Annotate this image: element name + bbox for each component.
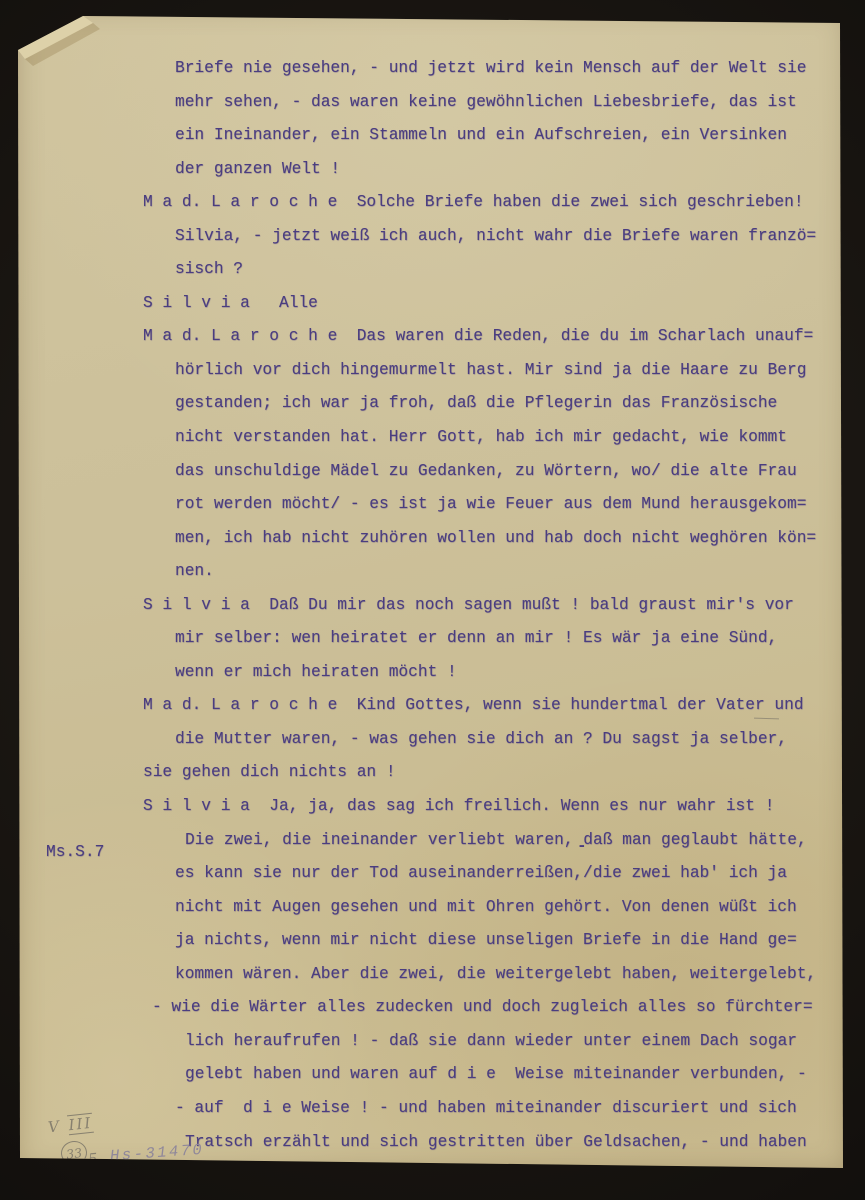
typescript-line: nicht mit Augen gesehen und mit Ohren ge… — [175, 891, 846, 925]
typescript-line: ein Ineinander, ein Stammeln und ein Auf… — [175, 119, 846, 153]
typescript-line: men, ich hab nicht zuhören wollen und ha… — [175, 522, 846, 556]
typescript-line: Silvia, - jetzt weiß ich auch, nicht wah… — [175, 220, 846, 254]
typescript-line: der ganzen Welt ! — [175, 153, 846, 187]
typescript-line: das unschuldige Mädel zu Gedanken, zu Wö… — [175, 455, 846, 489]
typescript-line: M a d. L a r o c h e Kind Gottes, wenn s… — [143, 689, 846, 723]
margin-note-ms-s7: Ms.S.7 — [46, 843, 104, 861]
typescript-line: S i l v i a Daß Du mir das noch sagen mu… — [143, 589, 846, 623]
typescript-line: - auf d i e Weise ! - und haben miteinan… — [175, 1092, 846, 1126]
typescript-line: ja nichts, wenn mir nicht diese unselige… — [175, 924, 846, 958]
typescript-line: Die zwei, die ineinander verliebt waren,… — [185, 824, 846, 858]
typescript-line: lich heraufrufen ! - daß sie dann wieder… — [185, 1025, 846, 1059]
typescript-line: nen. — [175, 555, 846, 589]
manuscript-page: Briefe nie gesehen, - und jetzt wird kei… — [18, 8, 846, 1170]
typescript-line: mir selber: wen heiratet er denn an mir … — [175, 622, 846, 656]
typescript-line: gelebt haben und waren auf d i e Weise m… — [185, 1058, 846, 1092]
typescript-line: sisch ? — [175, 253, 846, 287]
typescript-line: rot werden möcht/ - es ist ja wie Feuer … — [175, 488, 846, 522]
typescript-line: S i l v i a Ja, ja, das sag ich freilich… — [143, 790, 846, 824]
typescript-line: Briefe nie gesehen, - und jetzt wird kei… — [175, 52, 846, 86]
typescript-line: M a d. L a r o c h e Das waren die Reden… — [143, 320, 846, 354]
typescript-line: die Mutter waren, - was gehen sie dich a… — [175, 723, 846, 757]
typescript-line: nicht verstanden hat. Herr Gott, hab ich… — [175, 421, 846, 455]
typescript-line: mehr sehen, - das waren keine gewöhnlich… — [175, 86, 846, 120]
typescript-line: hörlich vor dich hingemurmelt hast. Mir … — [175, 354, 846, 388]
typescript-line: gestanden; ich war ja froh, daß die Pfle… — [175, 387, 846, 421]
typescript-line: es kann sie nur der Tod auseinanderreiße… — [175, 857, 846, 891]
typescript-line: kommen wären. Aber die zwei, die weiterg… — [175, 958, 846, 992]
pencil-roman-numeral: V III — [47, 1114, 94, 1137]
insertion-dash-mark: - — [577, 841, 590, 855]
typescript-line: M a d. L a r o c h e Solche Briefe haben… — [143, 186, 846, 220]
typescript-line: wenn er mich heiraten möcht ! — [175, 656, 846, 690]
typescript-line: S i l v i a Alle — [143, 287, 846, 321]
typescript-line: Tratsch erzählt und sich gestritten über… — [185, 1126, 846, 1160]
pencil-roman-iii: III — [67, 1113, 95, 1136]
typescript-line: sie gehen dich nichts an ! — [143, 756, 846, 790]
text-block: Briefe nie gesehen, - und jetzt wird kei… — [18, 52, 846, 1159]
pencil-roman-v: V — [47, 1117, 62, 1136]
typescript-line: - wie die Wärter alles zudecken und doch… — [152, 991, 846, 1025]
